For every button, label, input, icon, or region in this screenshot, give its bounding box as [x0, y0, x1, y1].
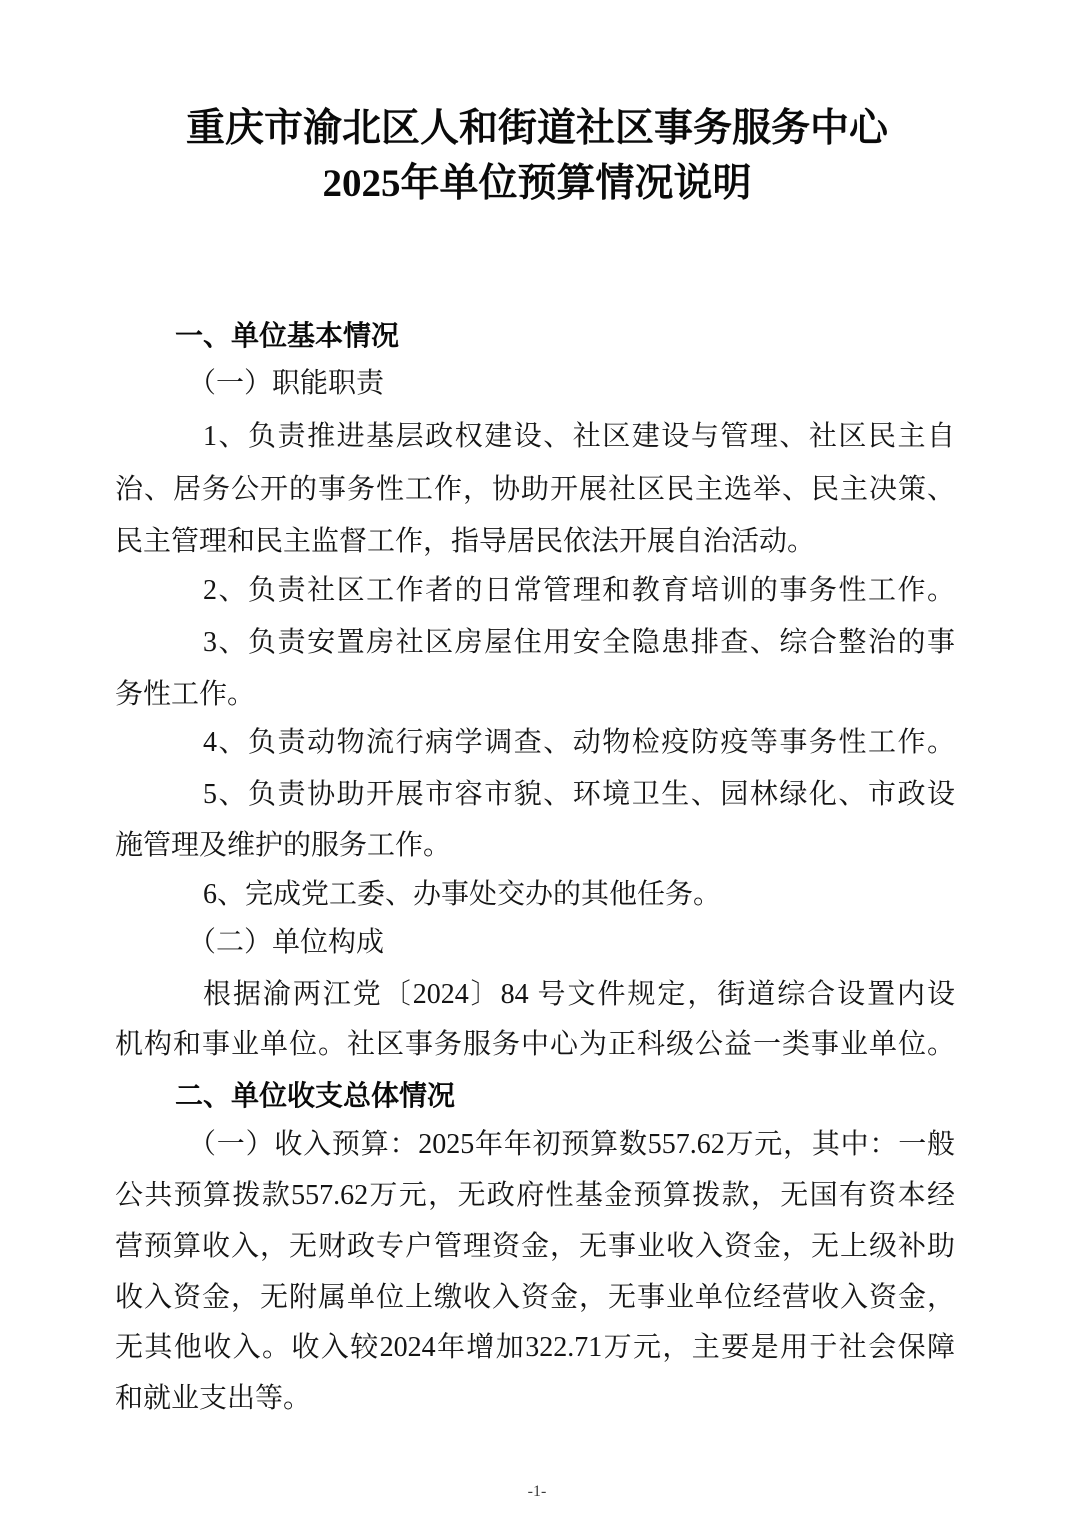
- income-budget-line-3: 营预算收入，无财政专户管理资金，无事业收入资金，无上级补助: [115, 1228, 955, 1266]
- duty-3-line-2: 务性工作。: [115, 676, 955, 714]
- subsection-1-2-heading: （二）单位构成: [188, 924, 955, 962]
- document-title-line-1: 重庆市渝北区人和街道社区事务服务中心: [0, 105, 1074, 153]
- document-title-line-2: 2025年单位预算情况说明: [0, 160, 1074, 208]
- duty-1-line-3: 民主管理和民主监督工作，指导居民依法开展自治活动。: [115, 523, 955, 561]
- duty-4-line-1: 4、负责动物流行病学调查、动物检疫防疫等事务性工作。: [203, 724, 955, 762]
- income-budget-line-5: 无其他收入。收入较2024年增加322.71万元，主要是用于社会保障: [115, 1329, 955, 1367]
- duty-3-line-1: 3、负责安置房社区房屋住用安全隐患排查、综合整治的事: [203, 624, 955, 662]
- duty-5-line-2: 施管理及维护的服务工作。: [115, 827, 955, 865]
- composition-line-1: 根据渝两江党〔2024〕84 号文件规定，街道综合设置内设: [203, 976, 955, 1014]
- duty-2-line-1: 2、负责社区工作者的日常管理和教育培训的事务性工作。: [203, 572, 955, 610]
- income-budget-line-4: 收入资金，无附属单位上缴收入资金，无事业单位经营收入资金，: [115, 1279, 955, 1317]
- section-1-heading: 一、单位基本情况: [175, 317, 955, 355]
- income-budget-line-6: 和就业支出等。: [115, 1380, 955, 1418]
- composition-line-2: 机构和事业单位。社区事务服务中心为正科级公益一类事业单位。: [115, 1026, 955, 1064]
- income-budget-line-1: （一）收入预算：2025年年初预算数557.62万元，其中：一般: [188, 1126, 955, 1164]
- duty-6-line-1: 6、完成党工委、办事处交办的其他任务。: [203, 876, 955, 914]
- section-2-heading: 二、单位收支总体情况: [175, 1077, 955, 1115]
- page-number: -1-: [0, 1482, 1074, 1502]
- income-budget-line-2: 公共预算拨款557.62万元，无政府性基金预算拨款，无国有资本经: [115, 1177, 955, 1215]
- duty-5-line-1: 5、负责协助开展市容市貌、环境卫生、园林绿化、市政设: [203, 776, 955, 814]
- duty-1-line-1: 1、负责推进基层政权建设、社区建设与管理、社区民主自: [203, 418, 955, 456]
- duty-1-line-2: 治、居务公开的事务性工作，协助开展社区民主选举、民主决策、: [115, 471, 955, 509]
- subsection-1-1-heading: （一）职能职责: [188, 365, 955, 403]
- document-page: 重庆市渝北区人和街道社区事务服务中心 2025年单位预算情况说明 一、单位基本情…: [0, 0, 1074, 1520]
